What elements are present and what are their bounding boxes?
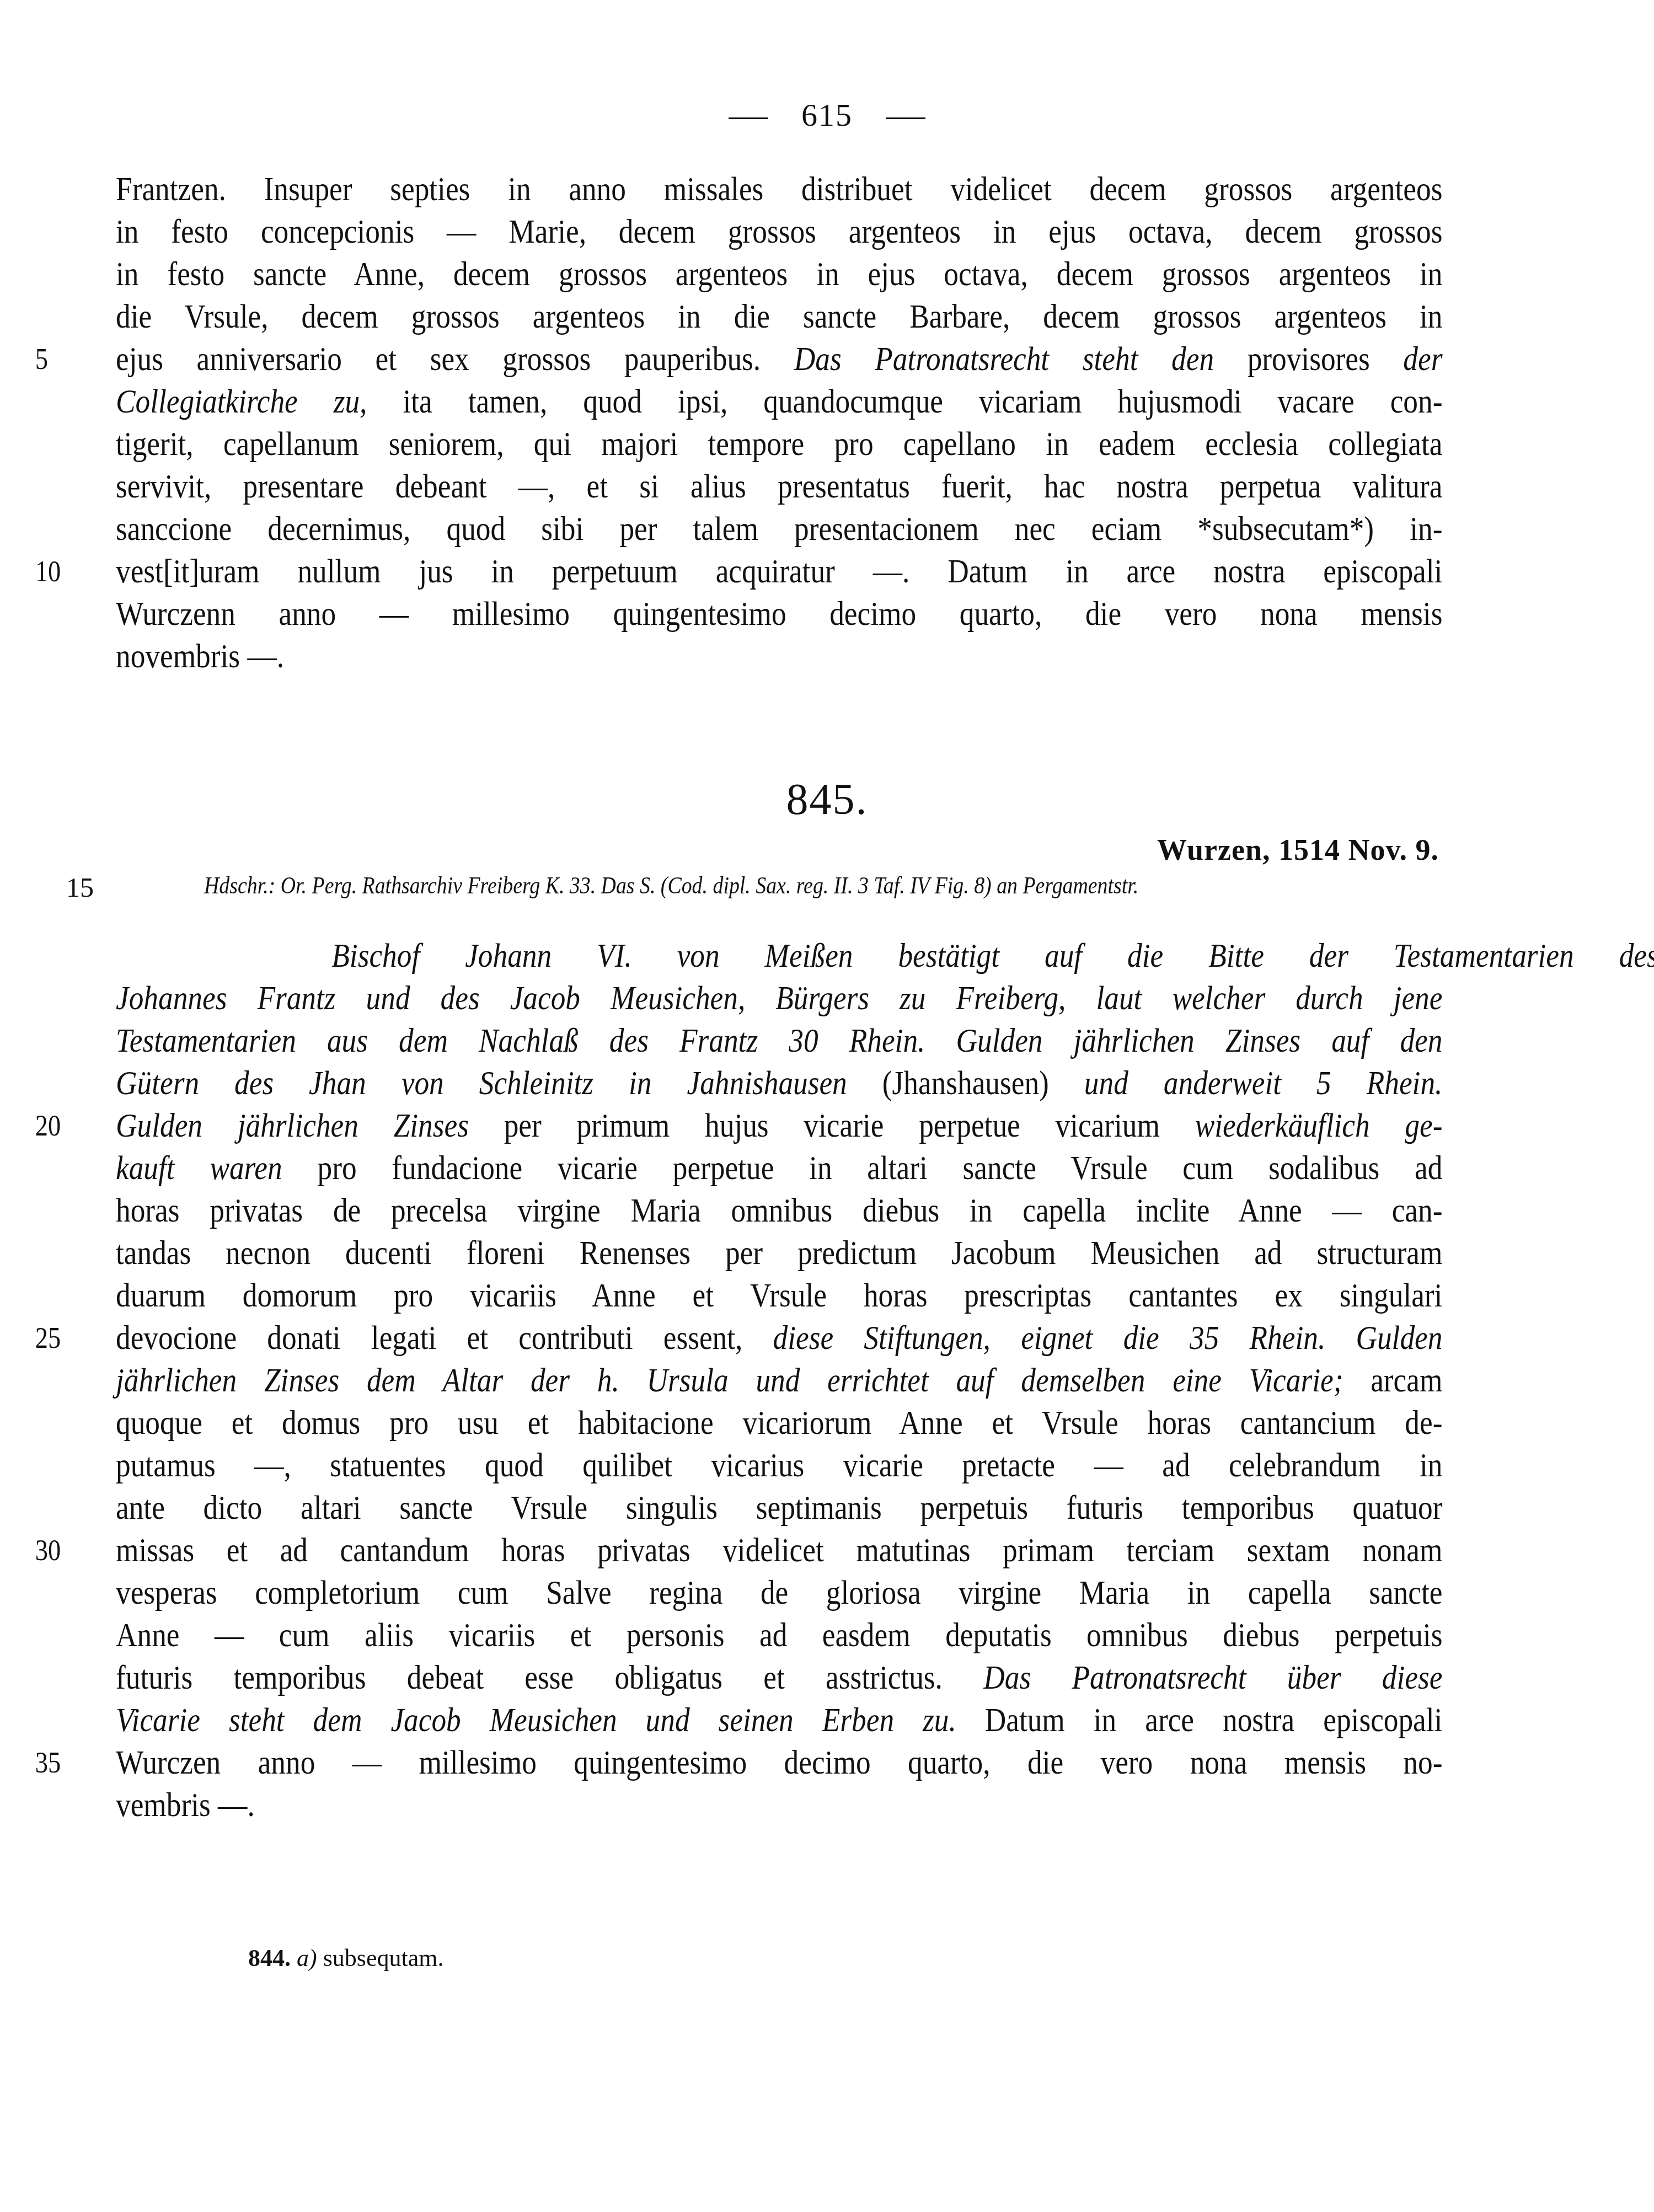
text-segment: vest[it]uram nullum jus in perpetuum acq…	[116, 553, 1442, 590]
italic-segment: Das Patronatsrecht über diese	[983, 1659, 1442, 1696]
italic-segment: Vicarie steht dem Jacob Meusichen und se…	[116, 1701, 956, 1739]
line-number: 5	[35, 338, 88, 381]
text-segment: horas privatas de precelsa virgine Maria…	[116, 1192, 1442, 1229]
text-line: tandas necnon ducenti floreni Renenses p…	[116, 1232, 1442, 1274]
text-line: sanccione decernimus, quod sibi per tale…	[116, 508, 1442, 550]
text-line: 30missas et ad cantandum horas privatas …	[116, 1529, 1442, 1572]
text-segment: Wurczen anno — millesimo quingentesimo d…	[116, 1744, 1442, 1781]
italic-segment: Bischof Johann VI. von Meißen bestätigt …	[331, 937, 1654, 974]
header-rule-right	[886, 117, 925, 119]
line-number: 15	[66, 871, 94, 903]
italic-segment: und anderweit 5 Rhein.	[1084, 1064, 1443, 1102]
italic-segment: jährlichen Zinses dem Altar der h. Ursul…	[116, 1362, 1343, 1399]
text-segment: ante dicto altari sancte Vrsule singulis…	[116, 1489, 1442, 1527]
line-number: 30	[35, 1529, 88, 1572]
italic-segment: wiederkäuflich ge-	[1195, 1107, 1443, 1144]
text-line: futuris temporibus debeat esse obligatus…	[116, 1657, 1442, 1699]
text-line: Bischof Johann VI. von Meißen bestätigt …	[116, 935, 1654, 977]
text-segment: ejus anniversario et sex grossos pauperi…	[116, 340, 794, 378]
source-text: Hdschr.: Or. Perg. Rathsarchiv Freiberg …	[204, 871, 1138, 899]
text-line: Gütern des Jhan von Schleinitz in Jahnis…	[116, 1062, 1442, 1105]
text-segment: Frantzen. Insuper septies in anno missal…	[116, 170, 1442, 208]
text-line: kauft waren pro fundacione vicarie perpe…	[116, 1147, 1442, 1190]
italic-segment: Johannes Frantz und des Jacob Meusichen,…	[116, 979, 1442, 1017]
italic-segment: Collegiatkirche zu,	[116, 383, 367, 420]
page-number: 615	[801, 97, 853, 133]
text-segment: Datum in arce nostra episcopali	[956, 1701, 1443, 1739]
italic-segment: kauft waren	[116, 1149, 282, 1187]
footnote-marker: a)	[297, 1945, 317, 1972]
footnote-ref: 844.	[248, 1945, 291, 1972]
line-number: 35	[35, 1742, 88, 1784]
italic-segment: der	[1403, 340, 1442, 378]
text-line: tigerit, capellanum seniorem, qui majori…	[116, 423, 1442, 465]
text-segment: provisores	[1214, 340, 1403, 378]
text-line: duarum domorum pro vicariis Anne et Vrsu…	[116, 1274, 1442, 1317]
text-line: 25devocione donati legati et contributi …	[116, 1317, 1442, 1359]
text-segment: tigerit, capellanum seniorem, qui majori…	[116, 425, 1442, 463]
text-line: Anne — cum aliis vicariis et personis ad…	[116, 1614, 1442, 1657]
text-segment: arcam	[1343, 1362, 1442, 1399]
text-segment: futuris temporibus debeat esse obligatus…	[116, 1659, 983, 1696]
previous-document-text: Frantzen. Insuper septies in anno missal…	[116, 168, 1442, 678]
text-segment: (Jhanshausen)	[847, 1064, 1084, 1102]
text-line: putamus —, statuentes quod quilibet vica…	[116, 1444, 1442, 1487]
text-segment: pro fundacione vicarie perpetue in altar…	[282, 1149, 1443, 1187]
text-segment: duarum domorum pro vicariis Anne et Vrsu…	[116, 1277, 1442, 1314]
text-line: Johannes Frantz und des Jacob Meusichen,…	[116, 977, 1442, 1020]
text-segment: ita tamen, quod ipsi, quandocumque vicar…	[367, 383, 1442, 420]
text-segment: devocione donati legati et contributi es…	[116, 1319, 773, 1357]
text-segment: novembris —.	[116, 638, 284, 675]
place-date: Wurzen, 1514 Nov. 9.	[1157, 833, 1439, 867]
text-line: horas privatas de precelsa virgine Maria…	[116, 1190, 1442, 1232]
italic-segment: Das Patronatsrecht steht den	[794, 340, 1214, 378]
text-segment: tandas necnon ducenti floreni Renenses p…	[116, 1234, 1442, 1272]
text-line: 35Wurczen anno — millesimo quingentesimo…	[116, 1742, 1442, 1784]
italic-segment: Testamentarien aus dem Nachlaß des Frant…	[116, 1022, 1442, 1059]
text-line: in festo sancte Anne, decem grossos arge…	[116, 253, 1442, 296]
text-line: 10vest[it]uram nullum jus in perpetuum a…	[116, 550, 1442, 593]
text-line: quoque et domus pro usu et habitacione v…	[116, 1402, 1442, 1444]
text-line: Testamentarien aus dem Nachlaß des Frant…	[116, 1020, 1442, 1062]
text-line: 20Gulden jährlichen Zinses per primum hu…	[116, 1105, 1442, 1147]
text-segment: vembris —.	[116, 1786, 255, 1824]
text-segment: servivit, presentare debeant —, et si al…	[116, 468, 1442, 505]
text-line: ante dicto altari sancte Vrsule singulis…	[116, 1487, 1442, 1529]
italic-segment: Gulden jährlichen Zinses	[116, 1107, 469, 1144]
document-number: 845.	[0, 775, 1654, 825]
text-segment: sanccione decernimus, quod sibi per tale…	[116, 510, 1442, 548]
page-header: 615	[0, 97, 1654, 133]
text-line: jährlichen Zinses dem Altar der h. Ursul…	[116, 1359, 1442, 1402]
document-text: Bischof Johann VI. von Meißen bestätigt …	[116, 935, 1442, 1827]
text-line: vesperas completorium cum Salve regina d…	[116, 1572, 1442, 1614]
text-segment: Anne — cum aliis vicariis et personis ad…	[116, 1616, 1442, 1654]
footnote: 844. a) subsequtam.	[248, 1944, 443, 1972]
text-line: Vicarie steht dem Jacob Meusichen und se…	[116, 1699, 1442, 1742]
text-segment: Wurczenn anno — millesimo quingentesimo …	[116, 595, 1442, 633]
line-number: 25	[35, 1317, 88, 1359]
text-line: 5ejus anniversario et sex grossos pauper…	[116, 338, 1442, 381]
text-segment: in festo sancte Anne, decem grossos arge…	[116, 255, 1442, 293]
text-segment: quoque et domus pro usu et habitacione v…	[116, 1404, 1442, 1442]
text-line: vembris —.	[116, 1784, 1442, 1827]
footnote-text: subsequtam.	[323, 1945, 444, 1972]
text-segment: missas et ad cantandum horas privatas vi…	[116, 1531, 1442, 1569]
text-line: Frantzen. Insuper septies in anno missal…	[116, 168, 1442, 211]
text-line: in festo concepcionis — Marie, decem gro…	[116, 211, 1442, 253]
text-line: servivit, presentare debeant —, et si al…	[116, 465, 1442, 508]
text-segment: die Vrsule, decem grossos argenteos in d…	[116, 298, 1442, 335]
text-segment: in festo concepcionis — Marie, decem gro…	[116, 213, 1442, 250]
text-segment: putamus —, statuentes quod quilibet vica…	[116, 1447, 1442, 1484]
line-number: 10	[35, 550, 88, 593]
italic-segment: Gütern des Jhan von Schleinitz in Jahnis…	[116, 1064, 847, 1102]
italic-segment: diese Stiftungen, eignet die 35 Rhein. G…	[773, 1319, 1443, 1357]
text-line: Collegiatkirche zu, ita tamen, quod ipsi…	[116, 381, 1442, 423]
text-line: Wurczenn anno — millesimo quingentesimo …	[116, 593, 1442, 635]
text-segment: vesperas completorium cum Salve regina d…	[116, 1574, 1442, 1611]
text-line: die Vrsule, decem grossos argenteos in d…	[116, 296, 1442, 338]
header-rule-left	[729, 117, 768, 119]
text-segment: per primum hujus vicarie perpetue vicari…	[469, 1107, 1195, 1144]
line-number: 20	[35, 1105, 88, 1147]
text-line: novembris —.	[116, 635, 1442, 678]
